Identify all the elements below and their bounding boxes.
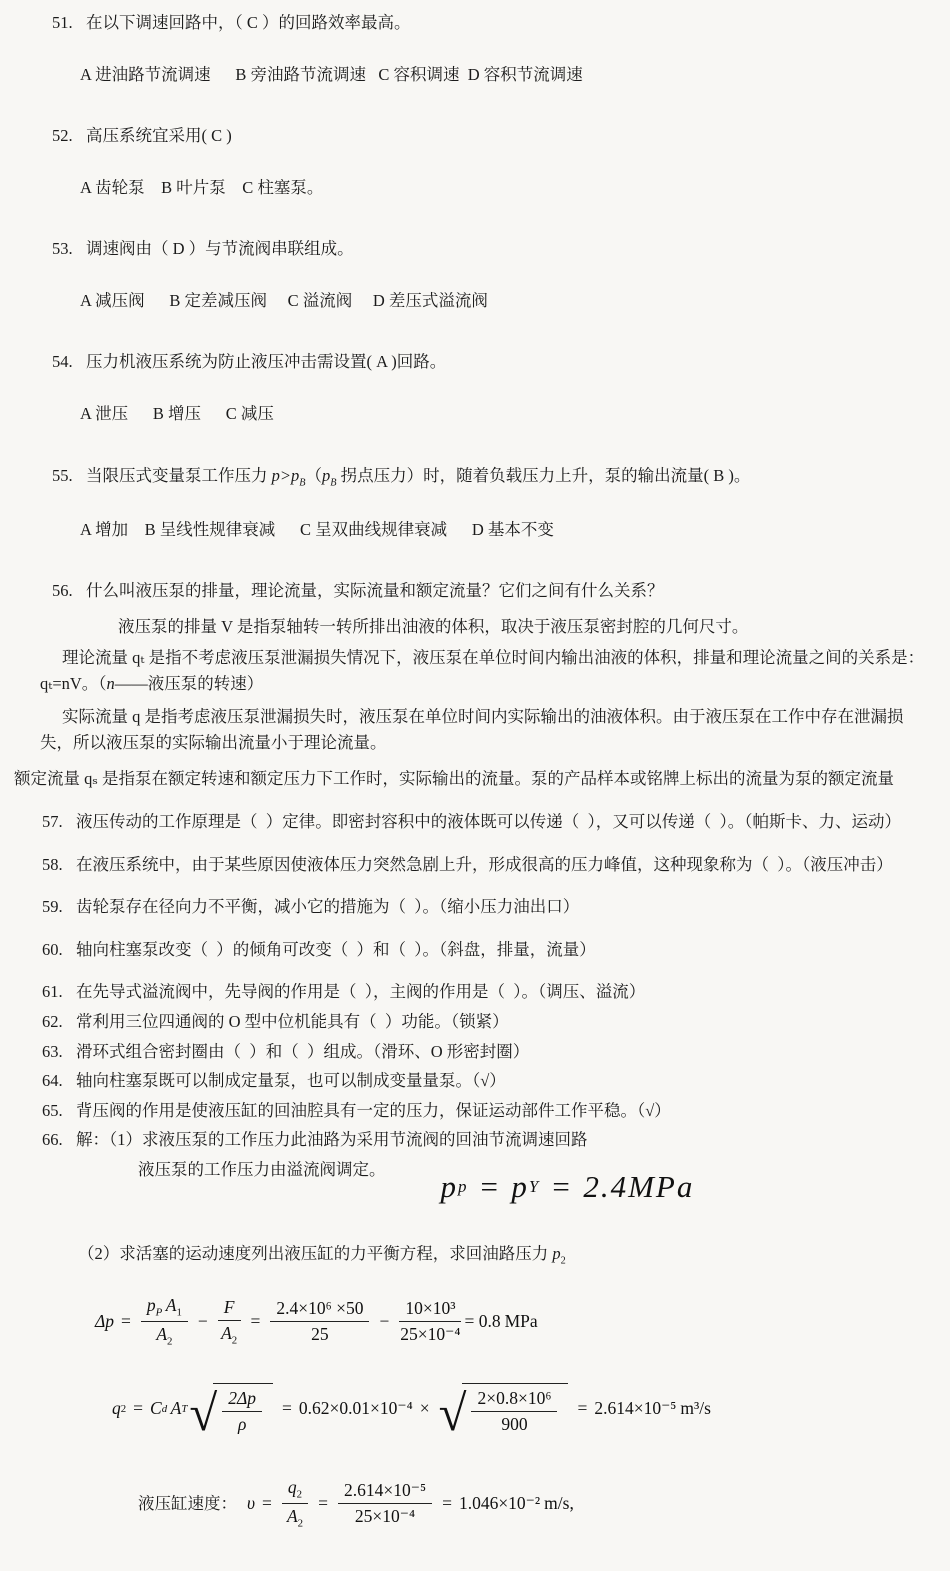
question-66-line: 66.解：（1）求液压泵的工作压力此油路为采用节流阀的回油节流调速回路 — [0, 1127, 934, 1153]
answer-paragraph-displacement: 液压泵的排量 V 是指泵轴转一转所排出油液的体积，取决于液压泵密封腔的几何尺寸。 — [0, 614, 934, 640]
math-unit: MPa — [505, 1308, 538, 1335]
math-var: p — [552, 1244, 560, 1263]
math-denominator: A2 — [156, 1322, 172, 1349]
question-55: 55.当限压式变量泵工作压力 p>pB（pB 拐点压力）时，随着负载压力上升，泵… — [0, 463, 934, 543]
math-denominator: A2 — [221, 1321, 237, 1348]
question-53-options: A 减压阀 B 定差减压阀 C 溢流阀 D 差压式溢流阀 — [0, 288, 934, 314]
question-59: 59.齿轮泵存在径向力不平衡，减小它的措施为（ ）。（缩小压力油出口） — [0, 894, 934, 920]
solution-part2-heading: （2）求活塞的运动速度列出液压缸的力平衡方程，求回油路压力 p2 — [78, 1241, 934, 1269]
question-text: 解：（1）求液压泵的工作压力此油路为采用节流阀的回油节流调速回路 — [76, 1130, 588, 1149]
question-text: 当限压式变量泵工作压力 p>pB（pB 拐点压力）时，随着负载压力上升，泵的输出… — [86, 466, 750, 485]
math-sub: 2 — [297, 1488, 302, 1500]
question-number: 53. — [52, 236, 78, 262]
question-number: 59. — [42, 894, 68, 920]
math-denominator: 25 — [311, 1322, 329, 1345]
math-unit: m/s, — [544, 1490, 574, 1517]
math-result: = 0.8 — [464, 1308, 500, 1335]
text-part: ——液压泵的转速） — [115, 674, 264, 693]
question-text: 常利用三位四通阀的 O 型中位机能具有（ ）功能。（锁紧） — [76, 1012, 509, 1031]
question-text: 在先导式溢流阀中，先导阀的作用是（ ），主阀的作用是（ ）。（调压、溢流） — [76, 982, 645, 1001]
math-denominator: 25×10⁻⁴ — [355, 1504, 415, 1527]
math-var: p — [511, 1163, 529, 1211]
math-unit: m³/s — [680, 1395, 711, 1422]
math-sub: d — [162, 1401, 167, 1418]
question-text: 高压系统宜采用( C ) — [86, 126, 232, 145]
text-part: （ — [306, 466, 323, 485]
question-52: 52.高压系统宜采用( C ) A 齿轮泵 B 叶片泵 C 柱塞泵。 — [0, 123, 934, 200]
math-fraction: pP A1 A2 — [141, 1295, 188, 1349]
math-numerator: 2.614×10⁻⁵ — [338, 1480, 432, 1504]
question-text: 什么叫液压泵的排量，理论流量，实际流量和额定流量？它们之间有什么关系？ — [86, 581, 664, 600]
math-var: A — [166, 1295, 177, 1315]
question-60: 60.轴向柱塞泵改变（ ）的倾角可改变（ ）和（ ）。（斜盘，排量，流量） — [0, 937, 934, 963]
math-numerator: q2 — [282, 1477, 308, 1505]
math-var: p — [441, 1163, 459, 1211]
math-op: = — [577, 1395, 587, 1422]
math-denominator: 900 — [501, 1412, 527, 1435]
math-var: p>p — [272, 466, 300, 485]
question-52-options: A 齿轮泵 B 叶片泵 C 柱塞泵。 — [0, 175, 934, 201]
question-number: 65. — [42, 1098, 68, 1124]
question-number: 56. — [52, 578, 78, 604]
math-var: A — [221, 1323, 232, 1343]
question-text: 轴向柱塞泵既可以制成定量泵，也可以制成变量量泵。（√） — [76, 1071, 506, 1090]
answer-paragraph-theoretical-flow: 理论流量 qₜ 是指不考虑液压泵泄漏损失情况下，液压泵在单位时间内输出油液的体积… — [0, 645, 934, 671]
answer-paragraph-rated-flow: 额定流量 qₛ 是指泵在额定转速和额定压力下工作时，实际输出的流量。泵的产品样本… — [0, 766, 934, 792]
math-fraction: F A2 — [218, 1297, 241, 1348]
math-result: 2.4MPa — [583, 1163, 694, 1211]
math-sqrt: √ 2×0.8×10⁶ 900 — [439, 1383, 569, 1435]
math-sqrt: √ 2Δp ρ — [189, 1383, 273, 1435]
math-fraction: 2.4×10⁶ ×50 25 — [270, 1298, 369, 1345]
math-op: − — [198, 1308, 208, 1335]
question-58: 58.在液压系统中，由于某些原因使液体压力突然急剧上升，形成很高的压力峰值，这种… — [0, 852, 934, 878]
math-op: = — [251, 1308, 261, 1335]
question-63: 63.滑环式组合密封圈由（ ）和（ ）组成。（滑环、O 形密封圈） — [0, 1039, 934, 1065]
math-fraction: 10×10³ 25×10⁻⁴ — [399, 1298, 461, 1345]
question-text: 在液压系统中，由于某些原因使液体压力突然急剧上升，形成很高的压力峰值，这种现象称… — [76, 855, 893, 874]
math-var: A — [287, 1506, 298, 1526]
question-number: 52. — [52, 123, 78, 149]
math-numerator: F — [218, 1297, 241, 1321]
math-op: = — [133, 1395, 143, 1422]
question-64: 64.轴向柱塞泵既可以制成定量泵，也可以制成变量量泵。（√） — [0, 1068, 934, 1094]
math-var: C — [150, 1395, 162, 1422]
math-lhs: Δp — [95, 1308, 114, 1335]
text-part: （2）求活塞的运动速度列出液压缸的力平衡方程，求回油路压力 — [78, 1244, 552, 1263]
math-op: = — [442, 1490, 452, 1517]
math-op: = — [282, 1395, 292, 1422]
question-number: 51. — [52, 10, 78, 36]
question-61: 61.在先导式溢流阀中，先导阀的作用是（ ），主阀的作用是（ ）。（调压、溢流） — [0, 979, 934, 1005]
question-text: 齿轮泵存在径向力不平衡，减小它的措施为（ ）。（缩小压力油出口） — [76, 897, 579, 916]
math-numerator: pP A1 — [141, 1295, 188, 1323]
question-number: 60. — [42, 937, 68, 963]
math-numerator: 2Δp — [222, 1388, 262, 1412]
math-sub: 2 — [167, 1336, 172, 1348]
formula-q2-flow: q2 = Cd AT √ 2Δp ρ = 0.62×0.01×10⁻⁴ × √ — [112, 1383, 711, 1435]
math-sub: 2 — [298, 1518, 303, 1530]
text-part: 拐点压力）时，随着负载压力上升，泵的输出流量( B )。 — [337, 466, 751, 485]
math-denominator: A2 — [287, 1504, 303, 1531]
question-51: 51.在以下调速回路中，（ C ）的回路效率最高。 A 进油路节流调速 B 旁油… — [0, 10, 934, 87]
math-var: q — [288, 1477, 297, 1497]
question-text: 背压阀的作用是使液压缸的回油腔具有一定的压力，保证运动部件工作平稳。（√） — [76, 1101, 671, 1120]
math-result: 1.046×10⁻² — [459, 1490, 540, 1517]
math-var: A — [156, 1324, 167, 1344]
math-op: × — [420, 1395, 430, 1422]
question-53-line: 53.调速阀由（ D ）与节流阀串联组成。 — [0, 236, 934, 262]
question-number: 58. — [42, 852, 68, 878]
question-number: 63. — [42, 1039, 68, 1065]
question-62: 62.常利用三位四通阀的 O 型中位机能具有（ ）功能。（锁紧） — [0, 1009, 934, 1035]
math-fraction: 2.614×10⁻⁵ 25×10⁻⁴ — [338, 1480, 432, 1527]
math-sub: 2 — [561, 1255, 566, 1266]
math-op: = — [550, 1163, 573, 1211]
text-part: qₜ=nV。（ — [40, 674, 107, 693]
question-56: 56.什么叫液压泵的排量，理论流量，实际流量和额定流量？它们之间有什么关系？ 液… — [0, 578, 934, 791]
formula-cylinder-speed-row: 液压缸速度： υ = q2 A2 = 2.614×10⁻⁵ 25×10⁻⁴ = … — [138, 1477, 934, 1531]
question-51-options: A 进油路节流调速 B 旁油路节流调速 C 容积调速 D 容积节流调速 — [0, 62, 934, 88]
math-numerator: 2×0.8×10⁶ — [471, 1388, 557, 1412]
question-number: 66. — [42, 1127, 68, 1153]
question-number: 61. — [42, 979, 68, 1005]
question-56-line: 56.什么叫液压泵的排量，理论流量，实际流量和额定流量？它们之间有什么关系？ — [0, 578, 934, 604]
math-op: = — [479, 1163, 502, 1211]
math-denominator: 25×10⁻⁴ — [400, 1322, 460, 1345]
question-66: 66.解：（1）求液压泵的工作压力此油路为采用节流阀的回油节流调速回路 液压泵的… — [0, 1127, 934, 1531]
question-51-line: 51.在以下调速回路中，（ C ）的回路效率最高。 — [0, 10, 934, 36]
math-numerator: 10×10³ — [399, 1298, 461, 1322]
math-op: = — [121, 1308, 131, 1335]
answer-paragraph-actual-flow: 实际流量 q 是指考虑液压泵泄漏损失时，液压泵在单位时间内实际输出的油液体积。由… — [0, 704, 934, 755]
math-sub: P — [156, 1306, 163, 1318]
question-55-options: A 增加 B 呈线性规律衰减 C 呈双曲线规律衰减 D 基本不变 — [0, 517, 934, 543]
math-numerator: 2.4×10⁶ ×50 — [270, 1298, 369, 1322]
cylinder-speed-label: 液压缸速度： — [138, 1491, 237, 1517]
math-fraction: q2 A2 — [282, 1477, 308, 1531]
question-number: 64. — [42, 1068, 68, 1094]
math-sub: Y — [529, 1174, 540, 1200]
math-op: = — [318, 1490, 328, 1517]
math-sub: 2 — [121, 1401, 126, 1418]
math-var: q — [112, 1395, 121, 1422]
math-var: A — [171, 1395, 182, 1422]
math-fraction: 2×0.8×10⁶ 900 — [471, 1388, 557, 1435]
math-sqrt-body: 2Δp ρ — [213, 1383, 273, 1435]
scanned-exam-page: 51.在以下调速回路中，（ C ）的回路效率最高。 A 进油路节流调速 B 旁油… — [0, 0, 950, 1571]
question-57: 57.液压传动的工作原理是（ ）定律。即密封容积中的液体既可以传递（ ），又可以… — [0, 809, 934, 835]
question-text: 调速阀由（ D ）与节流阀串联组成。 — [86, 239, 354, 258]
question-55-line: 55.当限压式变量泵工作压力 p>pB（pB 拐点压力）时，随着负载压力上升，泵… — [0, 463, 934, 491]
formula-pump-pressure: pp = pY = 2.4MPa — [441, 1163, 695, 1211]
solution-part1: 液压泵的工作压力由溢流阀调定。 pp = pY = 2.4MPa — [0, 1157, 934, 1211]
math-var: n — [107, 674, 115, 693]
question-54-options: A 泄压 B 增压 C 减压 — [0, 401, 934, 427]
math-op: = — [262, 1490, 272, 1517]
question-text: 压力机液压系统为防止液压冲击需设置( A )回路。 — [86, 352, 446, 371]
math-sub: 1 — [177, 1306, 182, 1318]
question-number: 62. — [42, 1009, 68, 1035]
question-text: 轴向柱塞泵改变（ ）的倾角可改变（ ）和（ ）。（斜盘，排量，流量） — [76, 940, 596, 959]
question-number: 55. — [52, 463, 78, 489]
question-text: 滑环式组合密封圈由（ ）和（ ）组成。（滑环、O 形密封圈） — [76, 1042, 529, 1061]
math-var: p — [147, 1295, 156, 1315]
question-text: 液压传动的工作原理是（ ）定律。即密封容积中的液体既可以传递（ ），又可以传递（… — [76, 812, 901, 831]
math-sub: T — [181, 1401, 187, 1418]
formula-cylinder-speed: υ = q2 A2 = 2.614×10⁻⁵ 25×10⁻⁴ = 1.046×1… — [247, 1477, 574, 1531]
math-var: F — [224, 1297, 235, 1317]
question-number: 57. — [42, 809, 68, 835]
question-text: 在以下调速回路中，（ C ）的回路效率最高。 — [86, 13, 411, 32]
question-number: 54. — [52, 349, 78, 375]
math-fraction: 2Δp ρ — [222, 1388, 262, 1435]
math-sub: 2 — [232, 1334, 237, 1346]
math-sub: p — [458, 1174, 469, 1200]
solution-note: 液压泵的工作压力由溢流阀调定。 — [0, 1157, 386, 1183]
math-denominator: ρ — [238, 1412, 246, 1435]
math-sqrt-body: 2×0.8×10⁶ 900 — [462, 1383, 568, 1435]
math-term: 0.62×0.01×10⁻⁴ — [299, 1395, 413, 1422]
math-result: 2.614×10⁻⁵ — [594, 1395, 676, 1422]
question-54-line: 54.压力机液压系统为防止液压冲击需设置( A )回路。 — [0, 349, 934, 375]
question-52-line: 52.高压系统宜采用( C ) — [0, 123, 934, 149]
formula-delta-p: Δp = pP A1 A2 − F A2 = 2.4×10⁶ ×50 25 − … — [95, 1295, 538, 1349]
math-op: − — [379, 1308, 389, 1335]
text-part: 当限压式变量泵工作压力 — [86, 466, 272, 485]
question-54: 54.压力机液压系统为防止液压冲击需设置( A )回路。 A 泄压 B 增压 C… — [0, 349, 934, 426]
math-var: υ — [247, 1490, 255, 1517]
question-65: 65.背压阀的作用是使液压缸的回油腔具有一定的压力，保证运动部件工作平稳。（√） — [0, 1098, 934, 1124]
question-53: 53.调速阀由（ D ）与节流阀串联组成。 A 减压阀 B 定差减压阀 C 溢流… — [0, 236, 934, 313]
answer-paragraph-qt-formula: qₜ=nV。（n——液压泵的转速） — [0, 671, 934, 697]
